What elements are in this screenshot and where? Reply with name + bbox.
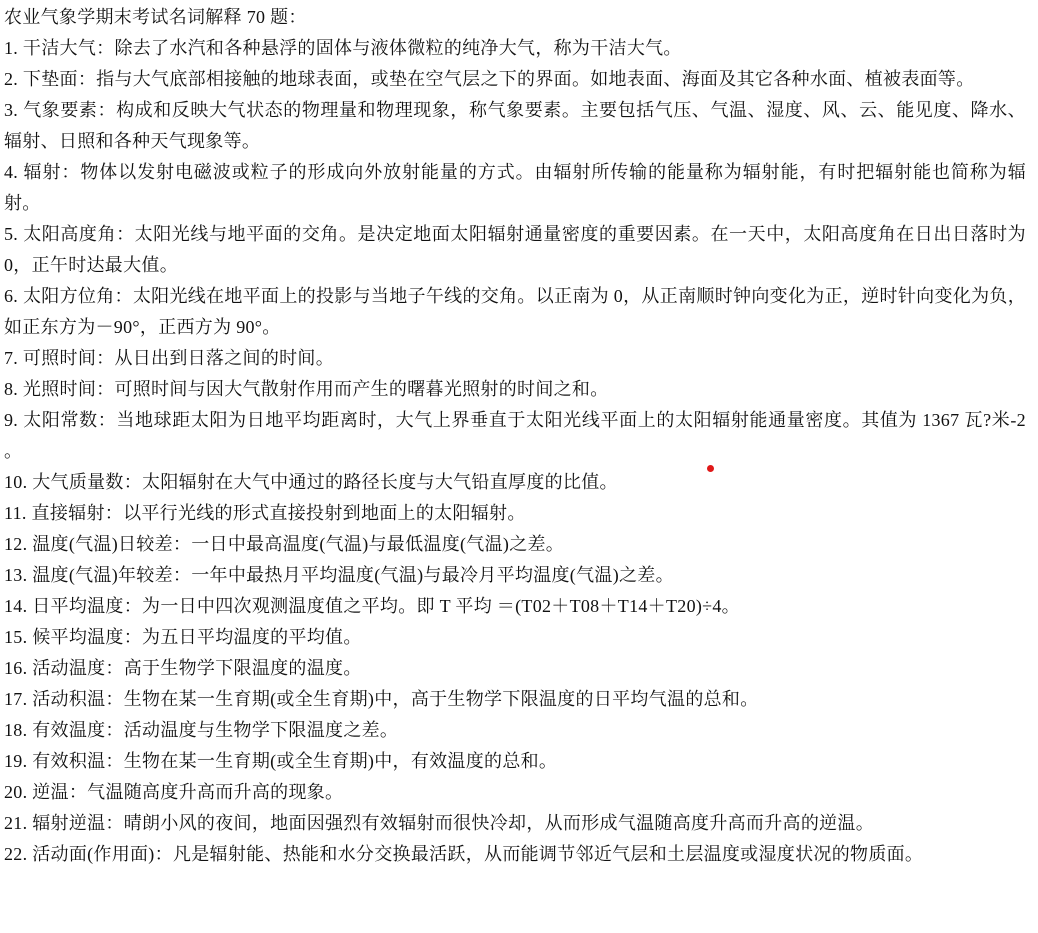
entry-definition: 为一日中四次观测温度值之平均。即 T 平均 ＝(T02＋T08＋T14＋T20)… bbox=[142, 596, 740, 616]
entry-definition: 以平行光线的形式直接投射到地面上的太阳辐射。 bbox=[123, 503, 526, 523]
entry-number: 6. bbox=[4, 286, 18, 306]
entry-term: 辐射逆温 bbox=[32, 813, 105, 833]
entry-term: 日平均温度 bbox=[32, 596, 124, 616]
definition-entry: 8. 光照时间：可照时间与因大气散射作用而产生的曙暮光照射的时间之和。 bbox=[4, 374, 1026, 405]
entry-term: 光照时间 bbox=[23, 379, 96, 399]
definition-entry: 2. 下垫面：指与大气底部相接触的地球表面，或垫在空气层之下的界面。如地表面、海… bbox=[4, 64, 1026, 95]
term-separator: ： bbox=[96, 379, 114, 399]
entry-definition: 气温随高度升高而升高的现象。 bbox=[87, 782, 343, 802]
entry-definition: 生物在某一生育期(或全生育期)中，有效温度的总和。 bbox=[124, 751, 558, 771]
term-separator: ： bbox=[115, 286, 133, 306]
entry-definition: 从日出到日落之间的时间。 bbox=[114, 348, 334, 368]
entry-definition: 可照时间与因大气散射作用而产生的曙暮光照射的时间之和。 bbox=[114, 379, 608, 399]
entry-number: 21. bbox=[4, 813, 27, 833]
term-separator: ： bbox=[69, 782, 87, 802]
entry-definition: 指与大气底部相接触的地球表面，或垫在空气层之下的界面。如地表面、海面及其它各种水… bbox=[96, 69, 974, 89]
entry-number: 1. bbox=[4, 38, 18, 58]
definition-entry: 4. 辐射：物体以发射电磁波或粒子的形成向外放射能量的方式。由辐射所传输的能量称… bbox=[4, 157, 1026, 219]
entry-definition: 物体以发射电磁波或粒子的形成向外放射能量的方式。由辐射所传输的能量称为辐射能，有… bbox=[4, 162, 1026, 213]
entry-definition: 生物在某一生育期(或全生育期)中，高于生物学下限温度的日平均气温的总和。 bbox=[124, 689, 759, 709]
term-separator: ： bbox=[173, 534, 191, 554]
entry-term: 下垫面 bbox=[23, 69, 78, 89]
definition-entry: 1. 干洁大气：除去了水汽和各种悬浮的固体与液体微粒的纯净大气，称为干洁大气。 bbox=[4, 33, 1026, 64]
document-body: 农业气象学期末考试名词解释 70 题： 1. 干洁大气：除去了水汽和各种悬浮的固… bbox=[4, 2, 1026, 870]
term-separator: ： bbox=[96, 348, 114, 368]
entry-number: 14. bbox=[4, 596, 27, 616]
entry-term: 活动面(作用面) bbox=[32, 844, 154, 864]
entry-term: 活动积温 bbox=[32, 689, 105, 709]
entry-definition: 太阳辐射在大气中通过的路径长度与大气铅直厚度的比值。 bbox=[142, 472, 618, 492]
entry-definition: 当地球距太阳为日地平均距离时，大气上界垂直于太阳光线平面上的太阳辐射能通量密度。… bbox=[4, 410, 1026, 461]
entry-number: 11. bbox=[4, 503, 27, 523]
entry-definition: 一日中最高温度(气温)与最低温度(气温)之差。 bbox=[191, 534, 564, 554]
definition-entry: 17. 活动积温：生物在某一生育期(或全生育期)中，高于生物学下限温度的日平均气… bbox=[4, 684, 1026, 715]
definition-entry: 15. 候平均温度：为五日平均温度的平均值。 bbox=[4, 622, 1026, 653]
term-separator: ： bbox=[173, 565, 191, 585]
entry-number: 18. bbox=[4, 720, 27, 740]
term-separator: ： bbox=[98, 100, 117, 120]
definition-entry: 10. 大气质量数：太阳辐射在大气中通过的路径长度与大气铅直厚度的比值。 bbox=[4, 467, 1026, 498]
entry-definition: 活动温度与生物学下限温度之差。 bbox=[124, 720, 399, 740]
entry-term: 太阳方位角 bbox=[23, 286, 115, 306]
entry-definition: 晴朗小风的夜间，地面因强烈有效辐射而很快冷却，从而形成气温随高度升高而升高的逆温… bbox=[124, 813, 874, 833]
definition-entry: 14. 日平均温度：为一日中四次观测温度值之平均。即 T 平均 ＝(T02＋T0… bbox=[4, 591, 1026, 622]
entry-term: 候平均温度 bbox=[32, 627, 124, 647]
entry-term: 温度(气温)年较差 bbox=[32, 565, 173, 585]
entry-number: 20. bbox=[4, 782, 27, 802]
entry-definition: 凡是辐射能、热能和水分交换最活跃，从而能调节邻近气层和土层温度或湿度状况的物质面… bbox=[173, 844, 923, 864]
term-separator: ： bbox=[96, 38, 114, 58]
entry-number: 7. bbox=[4, 348, 18, 368]
definition-entry: 18. 有效温度：活动温度与生物学下限温度之差。 bbox=[4, 715, 1026, 746]
definition-entry: 21. 辐射逆温：晴朗小风的夜间，地面因强烈有效辐射而很快冷却，从而形成气温随高… bbox=[4, 808, 1026, 839]
entry-term: 太阳常数 bbox=[23, 410, 98, 430]
definition-entry: 19. 有效积温：生物在某一生育期(或全生育期)中，有效温度的总和。 bbox=[4, 746, 1026, 777]
entry-number: 8. bbox=[4, 379, 18, 399]
entry-definition: 高于生物学下限温度的温度。 bbox=[124, 658, 362, 678]
term-separator: ： bbox=[124, 472, 142, 492]
definition-entry: 22. 活动面(作用面)：凡是辐射能、热能和水分交换最活跃，从而能调节邻近气层和… bbox=[4, 839, 1026, 870]
term-separator: ： bbox=[105, 751, 123, 771]
term-separator: ： bbox=[98, 410, 117, 430]
entry-term: 逆温 bbox=[32, 782, 69, 802]
entry-number: 15. bbox=[4, 627, 27, 647]
definition-entry: 11. 直接辐射：以平行光线的形式直接投射到地面上的太阳辐射。 bbox=[4, 498, 1026, 529]
term-separator: ： bbox=[78, 69, 96, 89]
entry-term: 大气质量数 bbox=[32, 472, 124, 492]
entry-number: 3. bbox=[4, 100, 18, 120]
entry-number: 2. bbox=[4, 69, 18, 89]
entry-number: 9. bbox=[4, 410, 18, 430]
entry-term: 活动温度 bbox=[32, 658, 105, 678]
definition-entry: 20. 逆温：气温随高度升高而升高的现象。 bbox=[4, 777, 1026, 808]
entry-number: 13. bbox=[4, 565, 27, 585]
entry-definition: 除去了水汽和各种悬浮的固体与液体微粒的纯净大气，称为干洁大气。 bbox=[114, 38, 681, 58]
term-separator: ： bbox=[105, 503, 123, 523]
definition-entry: 7. 可照时间：从日出到日落之间的时间。 bbox=[4, 343, 1026, 374]
entry-number: 4. bbox=[4, 162, 18, 182]
definition-entry: 6. 太阳方位角：太阳光线在地平面上的投影与当地子午线的交角。以正南为 0，从正… bbox=[4, 281, 1026, 343]
definition-entry: 5. 太阳高度角：太阳光线与地平面的交角。是决定地面太阳辐射通量密度的重要因素。… bbox=[4, 219, 1026, 281]
entry-term: 有效积温 bbox=[32, 751, 105, 771]
entry-definition: 太阳光线在地平面上的投影与当地子午线的交角。以正南为 0，从正南顺时钟向变化为正… bbox=[4, 286, 1026, 337]
entry-term: 直接辐射 bbox=[32, 503, 105, 523]
entry-term: 辐射 bbox=[24, 162, 62, 182]
entry-term: 气象要素 bbox=[23, 100, 97, 120]
entry-term: 温度(气温)日较差 bbox=[32, 534, 173, 554]
entry-term: 干洁大气 bbox=[23, 38, 96, 58]
term-separator: ： bbox=[155, 844, 173, 864]
term-separator: ： bbox=[116, 224, 135, 244]
term-separator: ： bbox=[105, 689, 123, 709]
definition-entry: 9. 太阳常数：当地球距太阳为日地平均距离时，大气上界垂直于太阳光线平面上的太阳… bbox=[4, 405, 1026, 467]
definition-entry: 3. 气象要素：构成和反映大气状态的物理量和物理现象，称气象要素。主要包括气压、… bbox=[4, 95, 1026, 157]
entry-definition: 太阳光线与地平面的交角。是决定地面太阳辐射通量密度的重要因素。在一天中，太阳高度… bbox=[4, 224, 1026, 275]
definition-entry: 16. 活动温度：高于生物学下限温度的温度。 bbox=[4, 653, 1026, 684]
entry-term: 太阳高度角 bbox=[23, 224, 116, 244]
entry-definition: 为五日平均温度的平均值。 bbox=[142, 627, 362, 647]
term-separator: ： bbox=[124, 627, 142, 647]
entry-number: 19. bbox=[4, 751, 27, 771]
term-separator: ： bbox=[105, 813, 123, 833]
entry-term: 可照时间 bbox=[23, 348, 96, 368]
term-separator: ： bbox=[61, 162, 80, 182]
definition-entry: 13. 温度(气温)年较差：一年中最热月平均温度(气温)与最冷月平均温度(气温)… bbox=[4, 560, 1026, 591]
entry-definition: 一年中最热月平均温度(气温)与最冷月平均温度(气温)之差。 bbox=[191, 565, 674, 585]
entry-number: 5. bbox=[4, 224, 18, 244]
document-title: 农业气象学期末考试名词解释 70 题： bbox=[4, 2, 1026, 33]
entry-number: 10. bbox=[4, 472, 27, 492]
entry-definition: 构成和反映大气状态的物理量和物理现象，称气象要素。主要包括气压、气温、湿度、风、… bbox=[4, 100, 1026, 151]
cursor-marker-dot bbox=[707, 465, 714, 472]
entry-number: 22. bbox=[4, 844, 27, 864]
term-separator: ： bbox=[124, 596, 142, 616]
entry-term: 有效温度 bbox=[32, 720, 105, 740]
entry-list: 1. 干洁大气：除去了水汽和各种悬浮的固体与液体微粒的纯净大气，称为干洁大气。2… bbox=[4, 33, 1026, 870]
term-separator: ： bbox=[105, 720, 123, 740]
term-separator: ： bbox=[105, 658, 123, 678]
entry-number: 16. bbox=[4, 658, 27, 678]
definition-entry: 12. 温度(气温)日较差：一日中最高温度(气温)与最低温度(气温)之差。 bbox=[4, 529, 1026, 560]
entry-number: 17. bbox=[4, 689, 27, 709]
entry-number: 12. bbox=[4, 534, 27, 554]
